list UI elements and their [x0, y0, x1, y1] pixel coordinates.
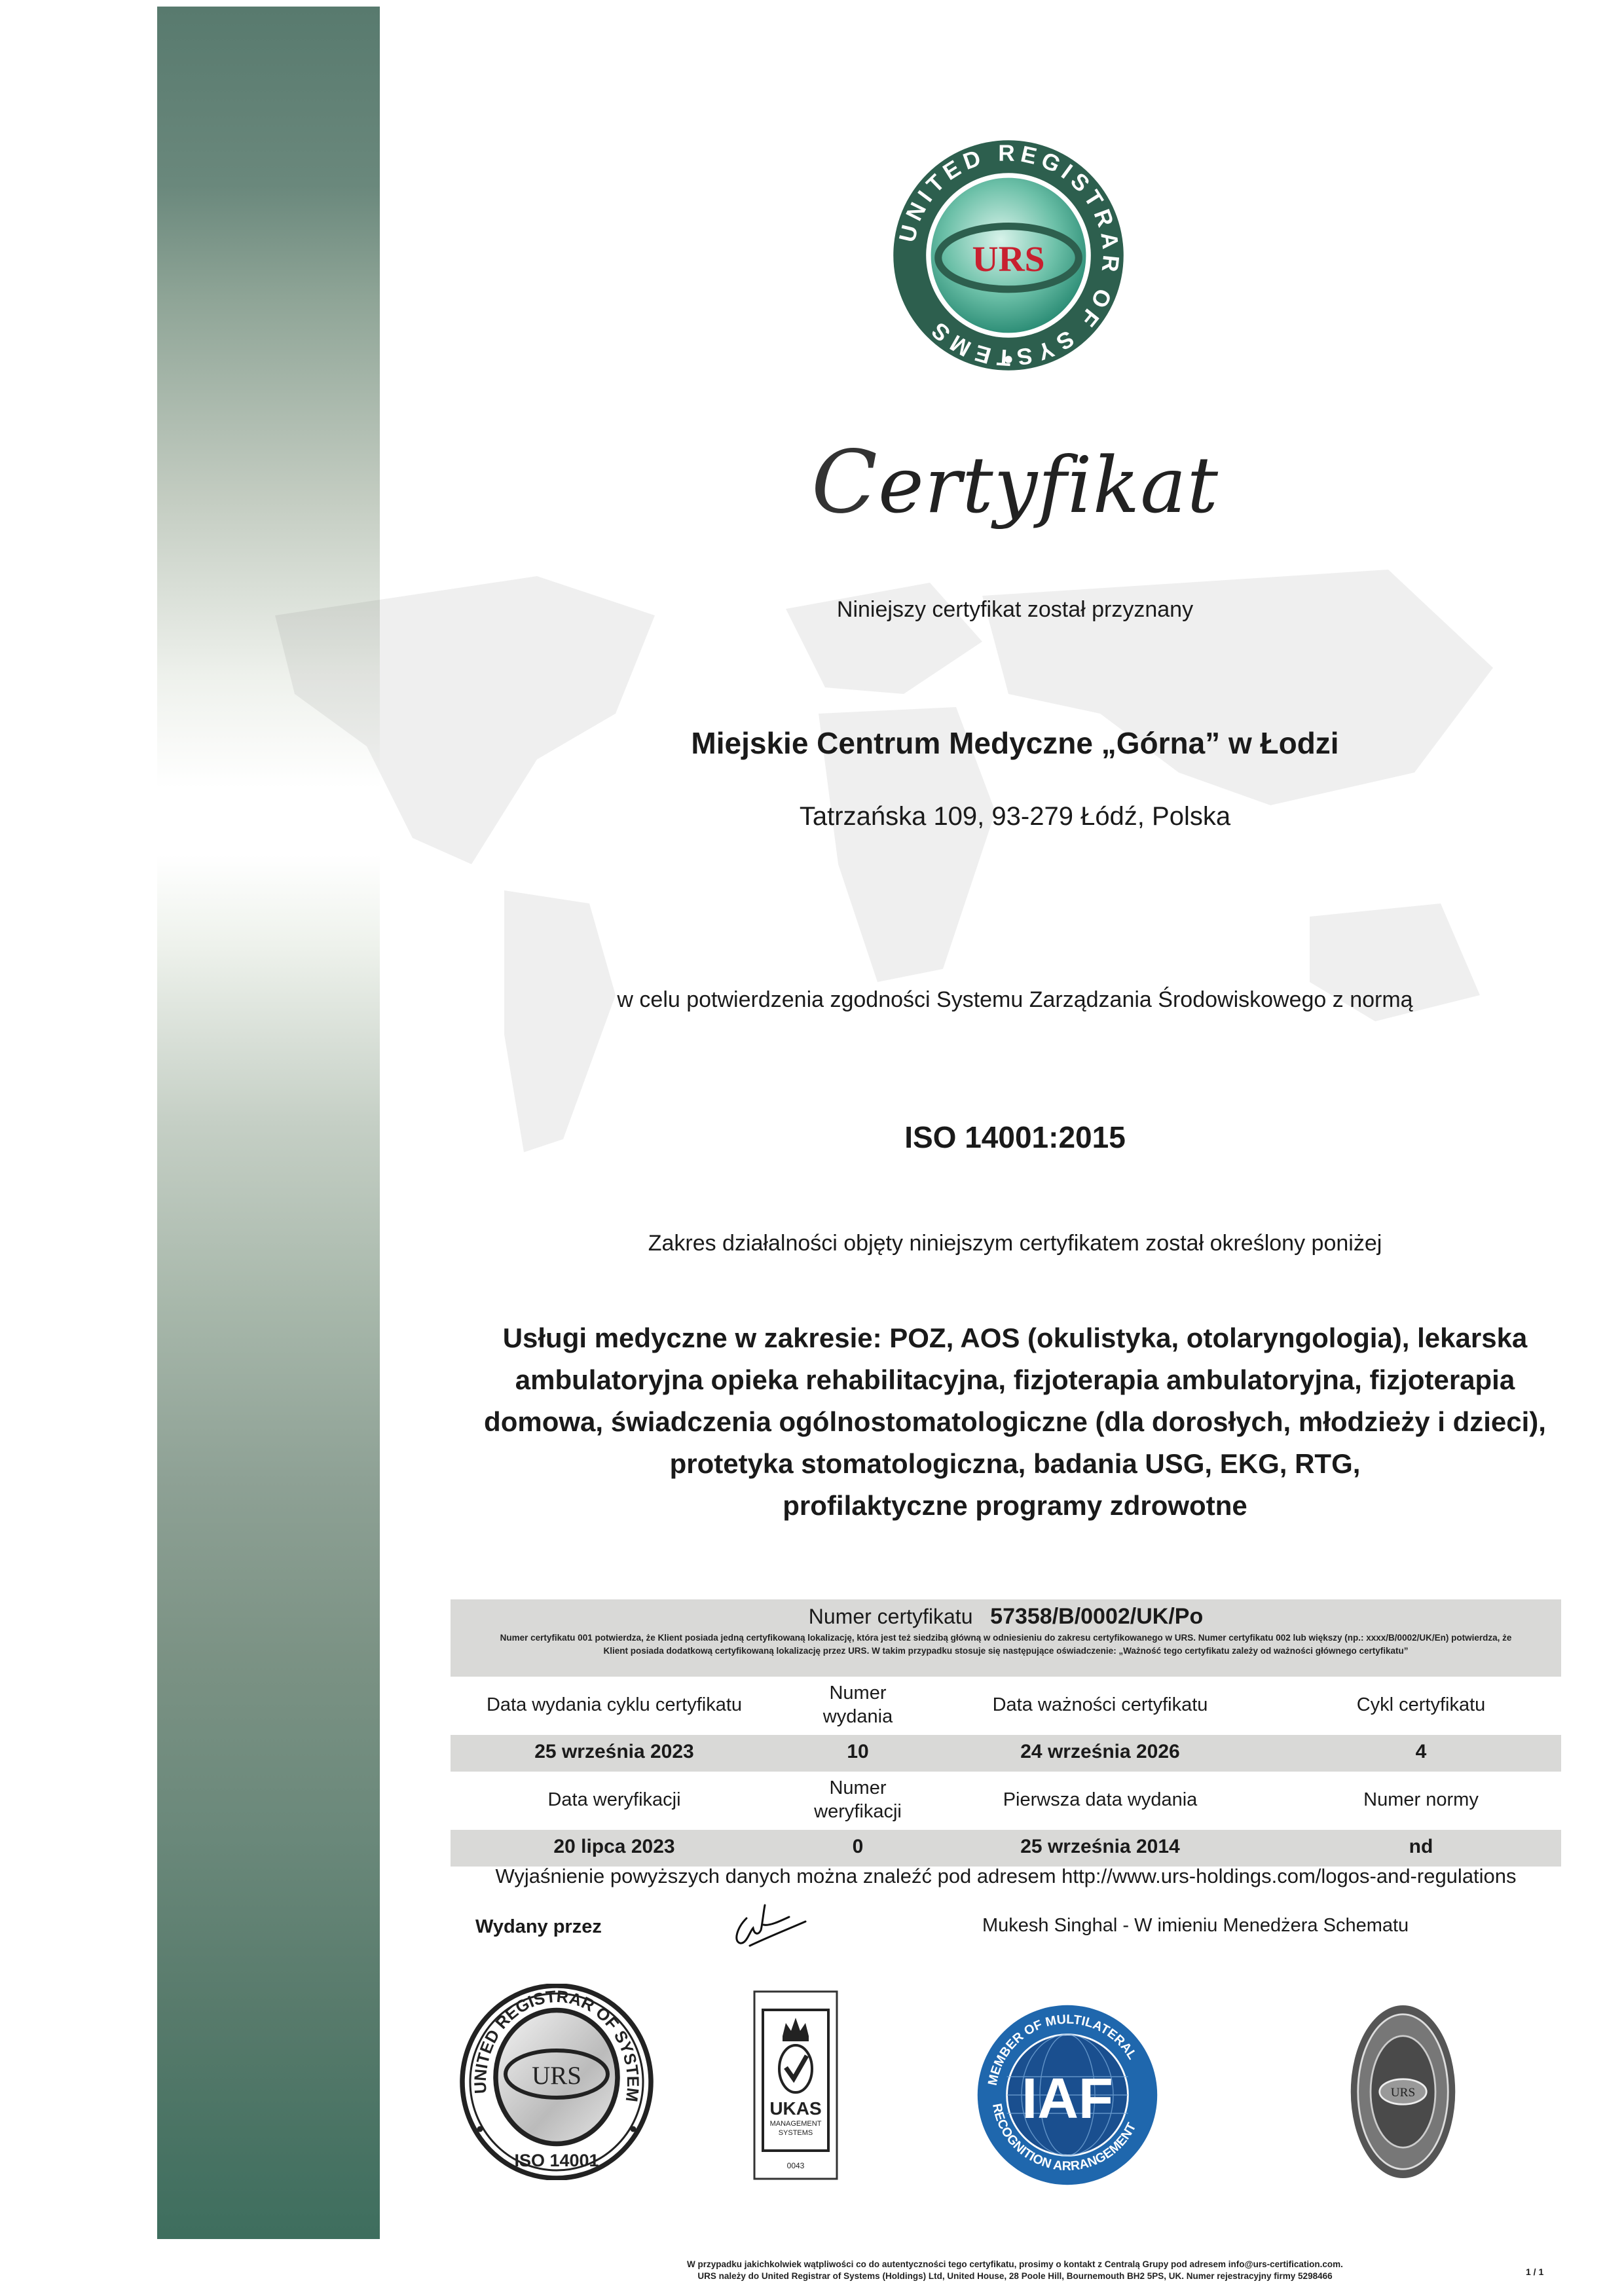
- scope-intro: Zakres działalności objęty niniejszym ce…: [458, 1231, 1572, 1256]
- value-cycle-issue-date: 25 września 2023: [451, 1740, 778, 1764]
- cert-number-label: Numer certyfikatu: [809, 1605, 973, 1628]
- page-number: 1 / 1: [1526, 2267, 1543, 2277]
- scope-line: domowa, świadczenia ogólnostomatologiczn…: [452, 1401, 1578, 1443]
- svg-text:IAF: IAF: [1022, 2067, 1113, 2130]
- svg-text:URS: URS: [972, 240, 1044, 280]
- value-expiry-date: 24 września 2026: [917, 1740, 1283, 1764]
- svg-text:UKAS: UKAS: [769, 2098, 821, 2119]
- iaf-logo-icon: IAF MEMBER OF MULTILATERAL RECOGNITION A…: [976, 2003, 1159, 2187]
- header-cycle-issue-date: Data wydania cyklu certyfikatu: [451, 1676, 778, 1734]
- certificate-number: Numer certyfikatu 57358/B/0002/UK/Po: [451, 1604, 1561, 1630]
- svg-text:0043: 0043: [787, 2161, 805, 2170]
- value-cert-cycle: 4: [1283, 1740, 1559, 1764]
- certificate-title: Certyfikat: [773, 432, 1257, 533]
- urs-iso14001-logo-icon: URS UNITED REGISTRAR OF SYSTEMS ISO 1400…: [458, 1984, 655, 2180]
- cert-number-note: Numer certyfikatu 001 potwierdza, że Kli…: [458, 1631, 1553, 1658]
- header-first-issue-date: Pierwsza data wydania: [917, 1771, 1283, 1829]
- value-first-issue-date: 25 września 2014: [917, 1835, 1283, 1859]
- note-line: Klient posiada dodatkową certyfikowaną l…: [458, 1645, 1553, 1658]
- footer-text: W przypadku jakichkolwiek wątpliwości co…: [458, 2259, 1572, 2282]
- organization-address: Tatrzańska 109, 93-279 Łódź, Polska: [458, 802, 1572, 831]
- purpose-text: w celu potwierdzenia zgodności Systemu Z…: [458, 987, 1572, 1013]
- urs-logo-icon: URS UNITED REGISTRAR OF SYSTEMS: [887, 134, 1130, 376]
- ukas-logo-icon: UKAS MANAGEMENT SYSTEMS 0043: [753, 1990, 838, 2180]
- svg-text:ISO 14001: ISO 14001: [514, 2151, 599, 2170]
- standard-name: ISO 14001:2015: [458, 1120, 1572, 1155]
- scope-description: Usługi medyczne w zakresie: POZ, AOS (ok…: [452, 1317, 1578, 1527]
- value-verification-date: 20 lipca 2023: [451, 1835, 778, 1859]
- value-standard-number: nd: [1283, 1835, 1559, 1859]
- explanation-text: Wyjaśnienie powyższych danych można znal…: [451, 1865, 1561, 1888]
- footer-line: URS należy do United Registrar of System…: [458, 2270, 1572, 2282]
- footer-line: W przypadku jakichkolwiek wątpliwości co…: [458, 2259, 1572, 2270]
- scope-line: profilaktyczne programy zdrowotne: [452, 1485, 1578, 1527]
- issued-by-label: Wydany przez: [475, 1916, 602, 1938]
- header-cert-cycle: Cykl certyfikatu: [1283, 1676, 1559, 1734]
- scope-line: ambulatoryjna opieka rehabilitacyjna, fi…: [452, 1359, 1578, 1401]
- header-standard-number: Numer normy: [1283, 1771, 1559, 1829]
- signature-icon: [720, 1892, 819, 1951]
- scope-line: protetyka stomatologiczna, badania USG, …: [452, 1443, 1578, 1485]
- svg-text:SYSTEMS: SYSTEMS: [779, 2129, 813, 2137]
- header-verification-date: Data weryfikacji: [451, 1771, 778, 1829]
- scope-line: Usługi medyczne w zakresie: POZ, AOS (ok…: [452, 1317, 1578, 1359]
- organization-name: Miejskie Centrum Medyczne „Górna” w Łodz…: [458, 725, 1572, 761]
- svg-text:MANAGEMENT: MANAGEMENT: [770, 2120, 822, 2128]
- header-expiry-date: Data ważności certyfikatu: [917, 1676, 1283, 1734]
- svg-text:URS: URS: [532, 2062, 581, 2090]
- urs-certified-seal-icon: URS: [1349, 2000, 1457, 2183]
- awarded-text: Niniejszy certyfikat został przyznany: [589, 597, 1441, 623]
- signatory-name: Mukesh Singhal - W imieniu Menedżera Sch…: [982, 1915, 1409, 1937]
- cert-number-value: 57358/B/0002/UK/Po: [990, 1604, 1203, 1629]
- note-line: Numer certyfikatu 001 potwierdza, że Kli…: [458, 1631, 1553, 1645]
- svg-text:URS: URS: [1391, 2086, 1415, 2100]
